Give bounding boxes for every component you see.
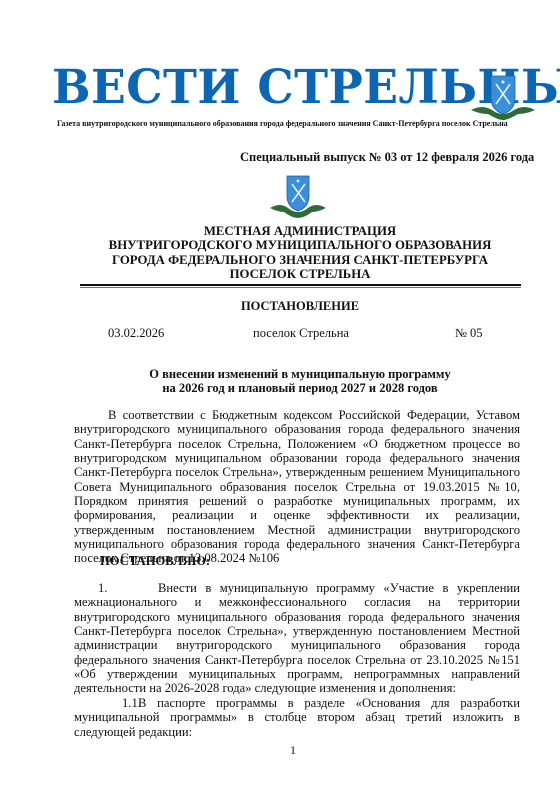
header-divider <box>80 284 521 286</box>
item-1-paragraph: 1.Внести в муниципальную программу «Учас… <box>74 581 520 696</box>
item-number: 1. <box>98 581 158 595</box>
item-1-1-paragraph: 1.1.В паспорте программы в разделе «Осно… <box>74 696 520 739</box>
authority-line: МЕСТНАЯ АДМИНИСТРАЦИЯ <box>80 224 520 238</box>
newspaper-subtitle: Газета внутригородского муниципального о… <box>57 119 527 129</box>
newspaper-title: ВЕСТИ СТРЕЛЬНЫ <box>52 62 459 114</box>
preamble-paragraph: В соответствии с Бюджетным кодексом Росс… <box>74 408 520 566</box>
decree-place: поселок Стрельна <box>253 326 349 341</box>
item-text: Внести в муниципальную программу «Участи… <box>74 581 520 695</box>
decree-number: № 05 <box>455 326 483 341</box>
issue-label: Специальный выпуск № 03 от 12 февраля 20… <box>240 150 530 165</box>
page-number: 1 <box>290 743 296 758</box>
resolve-heading: ПОСТАНОВЛЯЮ: <box>100 554 210 569</box>
authority-line: ПОСЕЛОК СТРЕЛЬНА <box>80 267 520 281</box>
item-number: 1.1. <box>98 696 138 710</box>
decree-date: 03.02.2026 <box>108 326 164 341</box>
coat-of-arms-icon <box>468 74 538 120</box>
subject-line: О внесении изменений в муниципальную про… <box>80 367 520 381</box>
subject-line: на 2026 год и плановый период 2027 и 202… <box>80 381 520 395</box>
header-divider-thin <box>80 287 521 288</box>
issuing-authority: МЕСТНАЯ АДМИНИСТРАЦИЯ ВНУТРИГОРОДСКОГО М… <box>80 224 520 282</box>
decree-subject: О внесении изменений в муниципальную про… <box>80 367 520 396</box>
coat-of-arms-icon <box>268 174 328 218</box>
authority-line: ВНУТРИГОРОДСКОГО МУНИЦИПАЛЬНОГО ОБРАЗОВА… <box>80 238 520 252</box>
item-text: В паспорте программы в разделе «Основани… <box>74 696 520 739</box>
authority-line: ГОРОДА ФЕДЕРАЛЬНОГО ЗНАЧЕНИЯ САНКТ-ПЕТЕР… <box>80 253 520 267</box>
decree-type: ПОСТАНОВЛЕНИЕ <box>80 299 520 314</box>
